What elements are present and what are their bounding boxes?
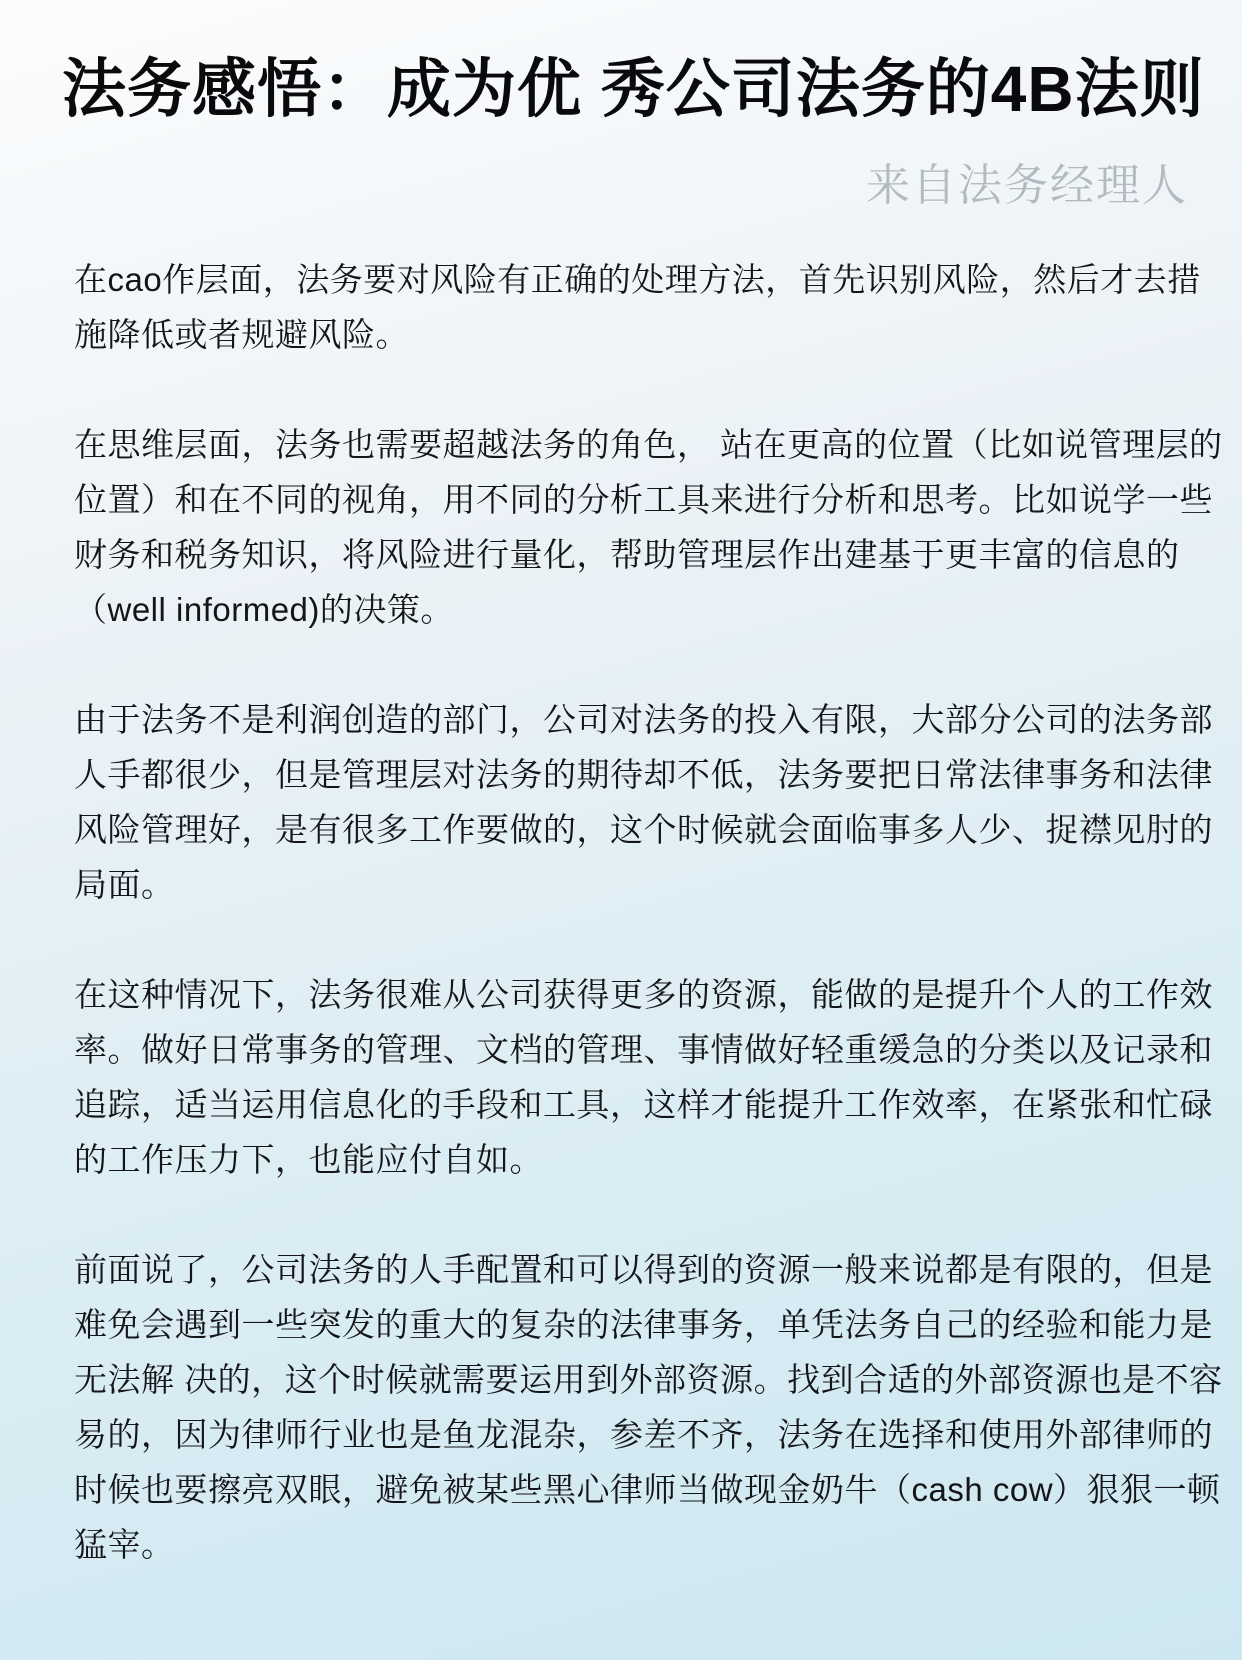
paragraph: 在思维层面，法务也需要超越法务的角色， 站在更高的位置（比如说管理层的位置）和在…: [74, 417, 1182, 637]
paragraph-line: 追踪，适当运用信息化的手段和工具，这样才能提升工作效率，在紧张和忙碌: [74, 1077, 1182, 1132]
paragraph-line: 的工作压力下，也能应付自如。: [74, 1132, 1182, 1187]
article-page: 法务感悟：成为优 秀公司法务的4B法则 来自法务经理人 在cao作层面，法务要对…: [0, 0, 1242, 1660]
paragraph-line: 无法解 决的，这个时候就需要运用到外部资源。找到合适的外部资源也是不容: [74, 1352, 1182, 1407]
paragraph-line: 时候也要擦亮双眼，避免被某些黑心律师当做现金奶牛（cash cow）狠狠一顿: [74, 1462, 1182, 1517]
paragraph-line: 风险管理好，是有很多工作要做的，这个时候就会面临事多人少、捉襟见肘的: [74, 802, 1182, 857]
paragraph-line: 易的，因为律师行业也是鱼龙混杂，参差不齐，法务在选择和使用外部律师的: [74, 1407, 1182, 1462]
paragraph: 前面说了，公司法务的人手配置和可以得到的资源一般来说都是有限的，但是难免会遇到一…: [74, 1242, 1182, 1572]
page-title: 法务感悟：成为优 秀公司法务的4B法则: [0, 0, 1242, 128]
paragraph: 由于法务不是利润创造的部门，公司对法务的投入有限，大部分公司的法务部人手都很少，…: [74, 692, 1182, 912]
paragraph-line: 在这种情况下，法务很难从公司获得更多的资源，能做的是提升个人的工作效: [74, 967, 1182, 1022]
paragraph-line: 在cao作层面，法务要对风险有正确的处理方法，首先识别风险，然后才去措: [74, 252, 1182, 307]
paragraph-line: 位置）和在不同的视角，用不同的分析工具来进行分析和思考。比如说学一些: [74, 472, 1182, 527]
source-credit: 来自法务经理人: [0, 162, 1242, 210]
paragraph-line: 局面。: [74, 857, 1182, 912]
paragraph-line: 施降低或者规避风险。: [74, 307, 1182, 362]
paragraph: 在cao作层面，法务要对风险有正确的处理方法，首先识别风险，然后才去措施降低或者…: [74, 252, 1182, 362]
paragraph-line: 由于法务不是利润创造的部门，公司对法务的投入有限，大部分公司的法务部: [74, 692, 1182, 747]
paragraph-line: 在思维层面，法务也需要超越法务的角色， 站在更高的位置（比如说管理层的: [74, 417, 1182, 472]
paragraph: 在这种情况下，法务很难从公司获得更多的资源，能做的是提升个人的工作效率。做好日常…: [74, 967, 1182, 1187]
paragraph-line: （well informed)的决策。: [74, 582, 1182, 637]
paragraph-line: 率。做好日常事务的管理、文档的管理、事情做好轻重缓急的分类以及记录和: [74, 1022, 1182, 1077]
paragraph-line: 难免会遇到一些突发的重大的复杂的法律事务，单凭法务自己的经验和能力是: [74, 1297, 1182, 1352]
paragraph-line: 前面说了，公司法务的人手配置和可以得到的资源一般来说都是有限的，但是: [74, 1242, 1182, 1297]
paragraph-line: 财务和税务知识，将风险进行量化，帮助管理层作出建基于更丰富的信息的: [74, 527, 1182, 582]
paragraph-line: 猛宰。: [74, 1517, 1182, 1572]
article-body: 在cao作层面，法务要对风险有正确的处理方法，首先识别风险，然后才去措施降低或者…: [74, 252, 1182, 1572]
paragraph-line: 人手都很少，但是管理层对法务的期待却不低，法务要把日常法律事务和法律: [74, 747, 1182, 802]
